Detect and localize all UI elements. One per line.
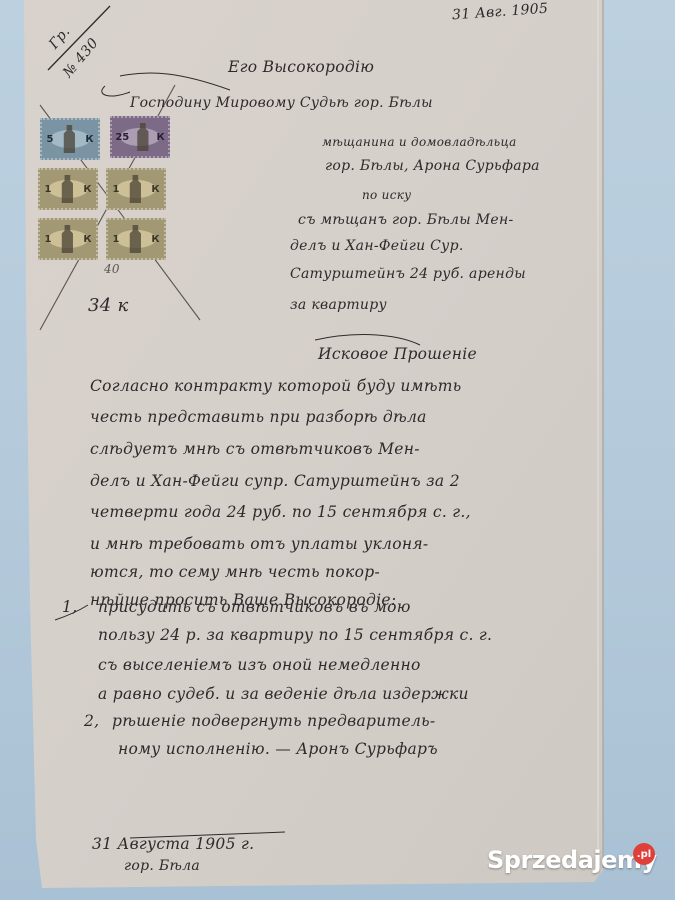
stamp-mark: 40 bbox=[104, 262, 120, 276]
body-line-5: четверти года 24 руб. по 15 сентября с. … bbox=[90, 503, 471, 521]
tower-emblem-icon bbox=[60, 225, 74, 253]
request-1-line-1: присудить съ отвѣтчиковъ въ мою bbox=[98, 598, 411, 616]
request-2-marker: 2, bbox=[84, 712, 99, 730]
address-line-1: Его Высокородію bbox=[228, 58, 374, 76]
request-1-line-3: съ выселеніемъ изъ оной немедленно bbox=[98, 656, 421, 674]
body-line-3: слѣдуетъ мнѣ съ отвѣтчиковъ Мен- bbox=[90, 440, 420, 458]
footer-place: гор. Бѣла bbox=[124, 858, 200, 874]
document-sheet: Гр. № 430 31 Авг. 1905 Его Высокородію Г… bbox=[0, 0, 675, 900]
petitioner-line-6: Сатурштейнъ 24 руб. аренды bbox=[290, 266, 526, 282]
petitioner-line-4: съ мѣщанъ гор. Бѣлы Мен- bbox=[298, 212, 514, 228]
tower-emblem-icon bbox=[60, 175, 74, 203]
petition-title: Исковое Прошеніе bbox=[318, 345, 477, 363]
request-1-line-4: а равно судеб. и за веденіе дѣла издержк… bbox=[98, 685, 469, 703]
tower-emblem-icon bbox=[128, 175, 142, 203]
watermark-badge: .pl bbox=[633, 843, 655, 865]
body-line-6: и мнѣ требовать отъ уплаты уклоня- bbox=[90, 535, 428, 553]
request-2-line-2: ному исполненію. — Аронъ Сурьфаръ bbox=[118, 740, 438, 758]
request-2-line-1: рѣшеніе подвергнуть предваритель- bbox=[112, 712, 435, 730]
watermark-logo: Sprzedajemy bbox=[487, 846, 657, 874]
petitioner-line-5: делъ и Хан-Фейги Сур. bbox=[290, 238, 464, 254]
revenue-stamp-olive: 1 К bbox=[38, 218, 98, 260]
petitioner-line-7: за квартиру bbox=[290, 297, 387, 313]
tower-emblem-icon bbox=[128, 225, 142, 253]
revenue-stamp-olive: 1 К bbox=[38, 168, 98, 210]
body-line-1: Согласно контракту которой буду имѣть bbox=[90, 377, 462, 395]
petitioner-line-2: гор. Бѣлы, Арона Сурьфара bbox=[325, 158, 540, 174]
revenue-stamp-blue: 5 К bbox=[40, 118, 100, 160]
body-line-2: честь представить при разборѣ дѣла bbox=[90, 408, 427, 426]
petitioner-line-1: мѣщанина и домовладѣльца bbox=[322, 135, 517, 149]
revenue-stamp-purple: 25 К bbox=[110, 116, 170, 158]
tower-emblem-icon bbox=[62, 125, 76, 153]
body-line-7: ются, то сему мнѣ честь покор- bbox=[90, 563, 380, 581]
revenue-stamp-olive: 1 К bbox=[106, 218, 166, 260]
petitioner-line-3: по иску bbox=[362, 188, 411, 202]
address-line-2: Господину Мировому Судьѣ гор. Бѣлы bbox=[130, 95, 433, 111]
footer-date: 31 Августа 1905 г. bbox=[92, 835, 254, 853]
request-1-marker: 1, bbox=[62, 598, 77, 616]
body-line-4: делъ и Хан-Фейги супр. Сатурштейнъ за 2 bbox=[90, 472, 460, 490]
revenue-stamp-olive: 1 К bbox=[106, 168, 166, 210]
fee-note: 34 к bbox=[88, 295, 129, 316]
request-1-line-2: пользу 24 р. за квартиру по 15 сентября … bbox=[98, 626, 492, 644]
